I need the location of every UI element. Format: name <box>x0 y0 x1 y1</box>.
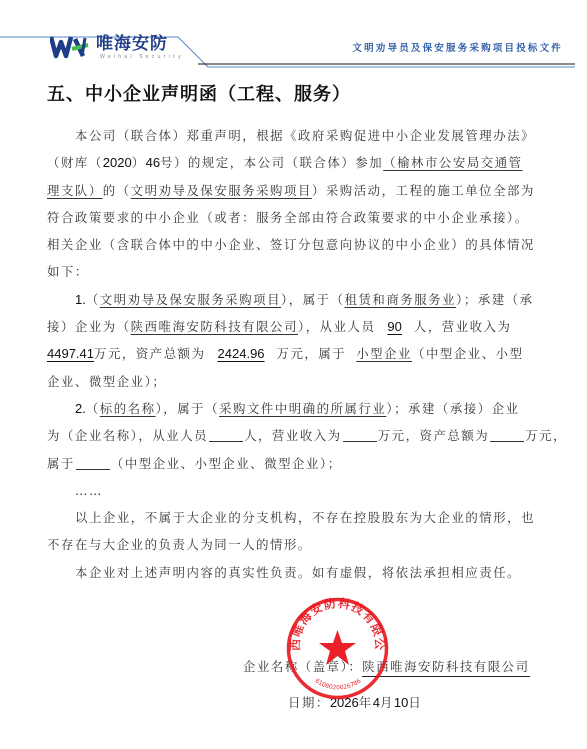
item1-line4: 企业、微型企业）； <box>47 368 541 395</box>
year-value: 2020 <box>103 155 132 170</box>
date-day: 10 <box>394 695 408 710</box>
text: （ <box>86 292 100 307</box>
text: 属于 <box>47 456 75 471</box>
text: 本企业对上述声明内容的真实性负责。如有虚假，将依法承担相应责任。 <box>75 565 521 580</box>
text: ）；承建（承接）企业 <box>386 401 519 416</box>
item1-enterprise-type: 小型企业 <box>346 346 412 361</box>
project-name: 文明劝导及保安服务采购项目 <box>131 183 312 198</box>
para2-line1: 以上企业，不属于大企业的分支机构，不存在控股股东为大企业的情形，也 <box>47 504 541 531</box>
ellipsis-line: …… <box>47 477 541 504</box>
para1-line1: 本公司（联合体）郑重声明，根据《政府采购促进中小企业发展管理办法》 <box>47 122 541 149</box>
text: 万元，资产总额为 <box>94 346 206 361</box>
item-index: 2. <box>75 401 86 416</box>
doc-number: 46 <box>146 155 160 170</box>
page-title: 五、中小企业声明函（工程、服务） <box>47 80 351 106</box>
para3-line: 本企业对上述声明内容的真实性负责。如有虚假，将依法承担相应责任。 <box>47 559 541 586</box>
text: （财库（ <box>47 155 103 170</box>
text: ），属于（ <box>156 401 220 416</box>
item1-company: 陕西唯海安防科技有限公司 <box>131 319 298 334</box>
purchaser-name-cont: 理支队） <box>47 183 103 198</box>
text: （中型企业、小型 <box>412 346 524 361</box>
declaration-body: 本公司（联合体）郑重声明，根据《政府采购促进中小企业发展管理办法》 （财库（20… <box>47 122 541 586</box>
company-logo: 唯海安防 Weihai Security <box>50 34 184 64</box>
text: 接）企业为（ <box>47 319 131 334</box>
text: 如下： <box>47 264 89 279</box>
revenue-blank <box>343 429 377 442</box>
logo-text: 唯海安防 <box>96 34 184 54</box>
para1-line3: 理支队）的（文明劝导及保安服务采购项目）采购活动，工程的施工单位全部为 <box>47 177 541 204</box>
text: ），属于（ <box>281 292 345 307</box>
text: 日 <box>408 695 422 710</box>
item2-industry: 采购文件中明确的所属行业 <box>219 401 386 416</box>
para1-line5: 相关企业（含联合体中的中小企业、签订分包意向协议的中小企业）的具体情况 <box>47 231 541 258</box>
document-title: 文明劝导员及保安服务采购项目投标文件 <box>352 40 563 54</box>
text: 的（ <box>103 183 131 198</box>
document-header: 唯海安防 Weihai Security 文明劝导员及保安服务采购项目投标文件 <box>0 0 587 70</box>
item2-line1: 2.（标的名称），属于（采购文件中明确的所属行业）；承建（承接）企业 <box>47 395 541 422</box>
text: 符合政策要求的中小企业（或者：服务全部由符合政策要求的中小企业承接）。 <box>47 210 529 225</box>
text: ）；承建（承 <box>456 292 533 307</box>
text: 以上企业，不属于大企业的分支机构，不存在控股股东为大企业的情形，也 <box>75 510 535 525</box>
item-index: 1. <box>75 292 86 307</box>
text: 人，营业收入为 <box>414 319 512 334</box>
text: 为（企业名称），从业人员 <box>47 428 208 443</box>
para2-line2: 不存在与大企业的负责人为同一人的情形。 <box>47 531 541 558</box>
type-blank <box>76 457 110 470</box>
text: 万元，属于 <box>277 346 347 361</box>
item1-line3: 4497.41万元，资产总额为2424.96万元，属于小型企业（中型企业、小型 <box>47 340 541 367</box>
company-seal-icon: 陕西唯海安防科技有限公司 6108020026786 <box>285 596 390 701</box>
purchaser-name: （榆林市公安局交通管 <box>383 155 522 170</box>
para1-line6: 如下： <box>47 258 541 285</box>
text: 万元，资产总额为 <box>378 428 490 443</box>
text: ） <box>132 155 146 170</box>
item1-project: 文明劝导及保安服务采购项目 <box>100 292 281 307</box>
item2-line2: 为（企业名称），从业人员人，营业收入为万元，资产总额为万元， <box>47 422 541 449</box>
logo-subtext: Weihai Security <box>100 54 184 60</box>
text: 企业、微型企业）； <box>47 374 166 389</box>
item1-staff-count: 90 <box>375 319 413 334</box>
para1-line2: （财库（2020）46号）的规定，本公司（联合体）参加（榆林市公安局交通管 <box>47 149 541 176</box>
text: 人，营业收入为 <box>244 428 342 443</box>
para1-line4: 符合政策要求的中小企业（或者：服务全部由符合政策要求的中小企业承接）。 <box>47 204 541 231</box>
text: 本公司（联合体）郑重声明，根据《政府采购促进中小企业发展管理办法》 <box>75 128 535 143</box>
text: 万元， <box>525 428 567 443</box>
ellipsis: …… <box>75 483 103 498</box>
svg-text:6108020026786: 6108020026786 <box>314 677 363 691</box>
item1-revenue: 4497.41 <box>47 346 94 361</box>
item1-industry: 租赁和商务服务业 <box>345 292 457 307</box>
text: （ <box>86 401 100 416</box>
assets-blank <box>490 429 524 442</box>
item1-line2: 接）企业为（陕西唯海安防科技有限公司），从业人员90人，营业收入为 <box>47 313 541 340</box>
text: （中型企业、小型企业、微型企业）； <box>111 456 342 471</box>
text: 不存在与大企业的负责人为同一人的情形。 <box>47 537 312 552</box>
item2-name: 标的名称 <box>100 401 156 416</box>
item2-line3: 属于（中型企业、小型企业、微型企业）； <box>47 450 541 477</box>
wh-logo-icon <box>50 34 90 60</box>
text: 相关企业（含联合体中的中小企业、签订分包意向协议的中小企业）的具体情况 <box>47 237 535 252</box>
text: ），从业人员 <box>298 319 375 334</box>
text: 号）的规定，本公司（联合体）参加 <box>160 155 383 170</box>
staff-blank <box>209 429 243 442</box>
item1-line1: 1.（文明劝导及保安服务采购项目），属于（租赁和商务服务业）；承建（承 <box>47 286 541 313</box>
text: ）采购活动，工程的施工单位全部为 <box>312 183 535 198</box>
item1-assets: 2424.96 <box>206 346 277 361</box>
